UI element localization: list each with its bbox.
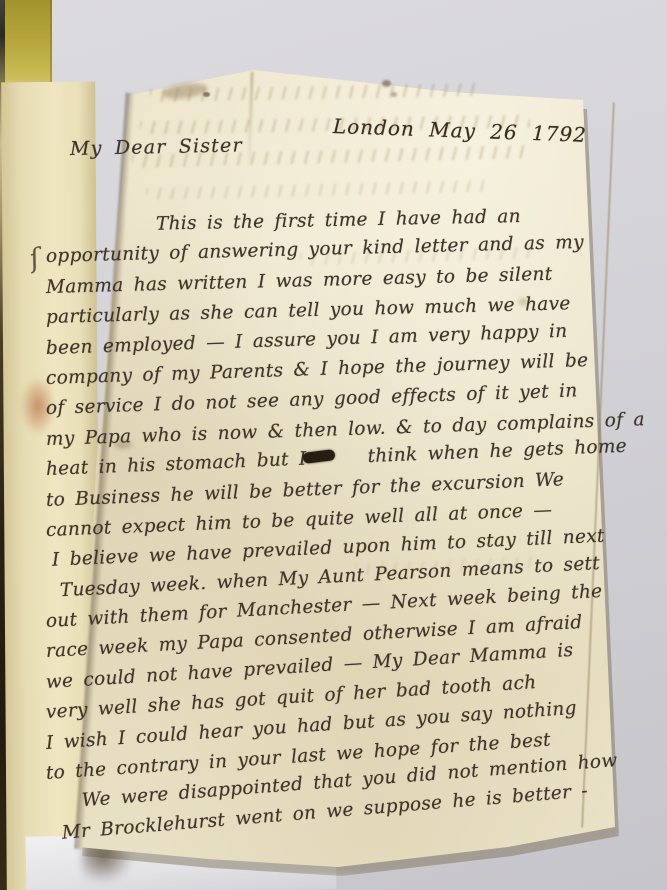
photo-background: London May 26 1792 My Dear Sister ſ This… — [0, 0, 667, 890]
salutation: My Dear Sister — [70, 134, 243, 160]
letter-body: This is the first time I have had anoppo… — [46, 212, 631, 850]
